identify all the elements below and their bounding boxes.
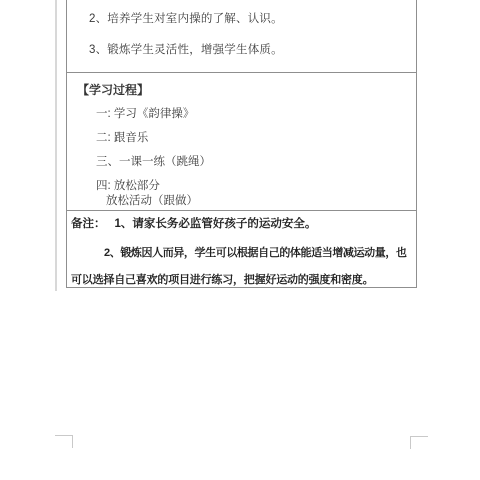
- remarks-line-1: 备注：1、请家长务必监管好孩子的运动安全。: [71, 218, 416, 231]
- learning-process-heading: 【学习过程】: [77, 84, 416, 97]
- objectives-cell: 2、培养学生对室内操的了解、认识。 3、锻炼学生灵活性，增强学生体质。: [67, 0, 416, 73]
- next-page-corner-mark-left: [55, 435, 73, 448]
- lesson-plan-table: 2、培养学生对室内操的了解、认识。 3、锻炼学生灵活性，增强学生体质。 【学习过…: [66, 0, 417, 288]
- process-item-4-sub: 放松活动（跟做）: [106, 195, 416, 208]
- page-edge-guide-line: [55, 0, 57, 291]
- remarks-note-1: 1、请家长务必监管好孩子的运动安全。: [115, 218, 317, 230]
- remarks-note-2-line-1: 2、锻炼因人而异，学生可以根据自己的体能适当增减运动量，也: [104, 247, 416, 260]
- process-item-1: 一: 学习《韵律操》: [96, 108, 416, 121]
- objective-line-3: 3、锻炼学生灵活性，增强学生体质。: [89, 44, 416, 56]
- objective-line-2: 2、培养学生对室内操的了解、认识。: [89, 13, 416, 25]
- learning-process-cell: 【学习过程】 一: 学习《韵律操》 二: 跟音乐 三、一课一练（跳绳） 四: 放…: [67, 73, 416, 211]
- process-item-4: 四: 放松部分: [96, 180, 416, 193]
- remarks-cell: 备注：1、请家长务必监管好孩子的运动安全。 2、锻炼因人而异，学生可以根据自己的…: [67, 211, 416, 288]
- process-item-3: 三、一课一练（跳绳）: [96, 156, 416, 169]
- process-item-2: 二: 跟音乐: [96, 132, 416, 145]
- remarks-label: 备注：: [71, 218, 106, 230]
- next-page-corner-mark-right: [410, 436, 428, 449]
- remarks-note-2-line-2: 可以选择自己喜欢的项目进行练习，把握好运动的强度和密度。: [71, 274, 416, 287]
- document-page: 2、培养学生对室内操的了解、认识。 3、锻炼学生灵活性，增强学生体质。 【学习过…: [0, 0, 480, 480]
